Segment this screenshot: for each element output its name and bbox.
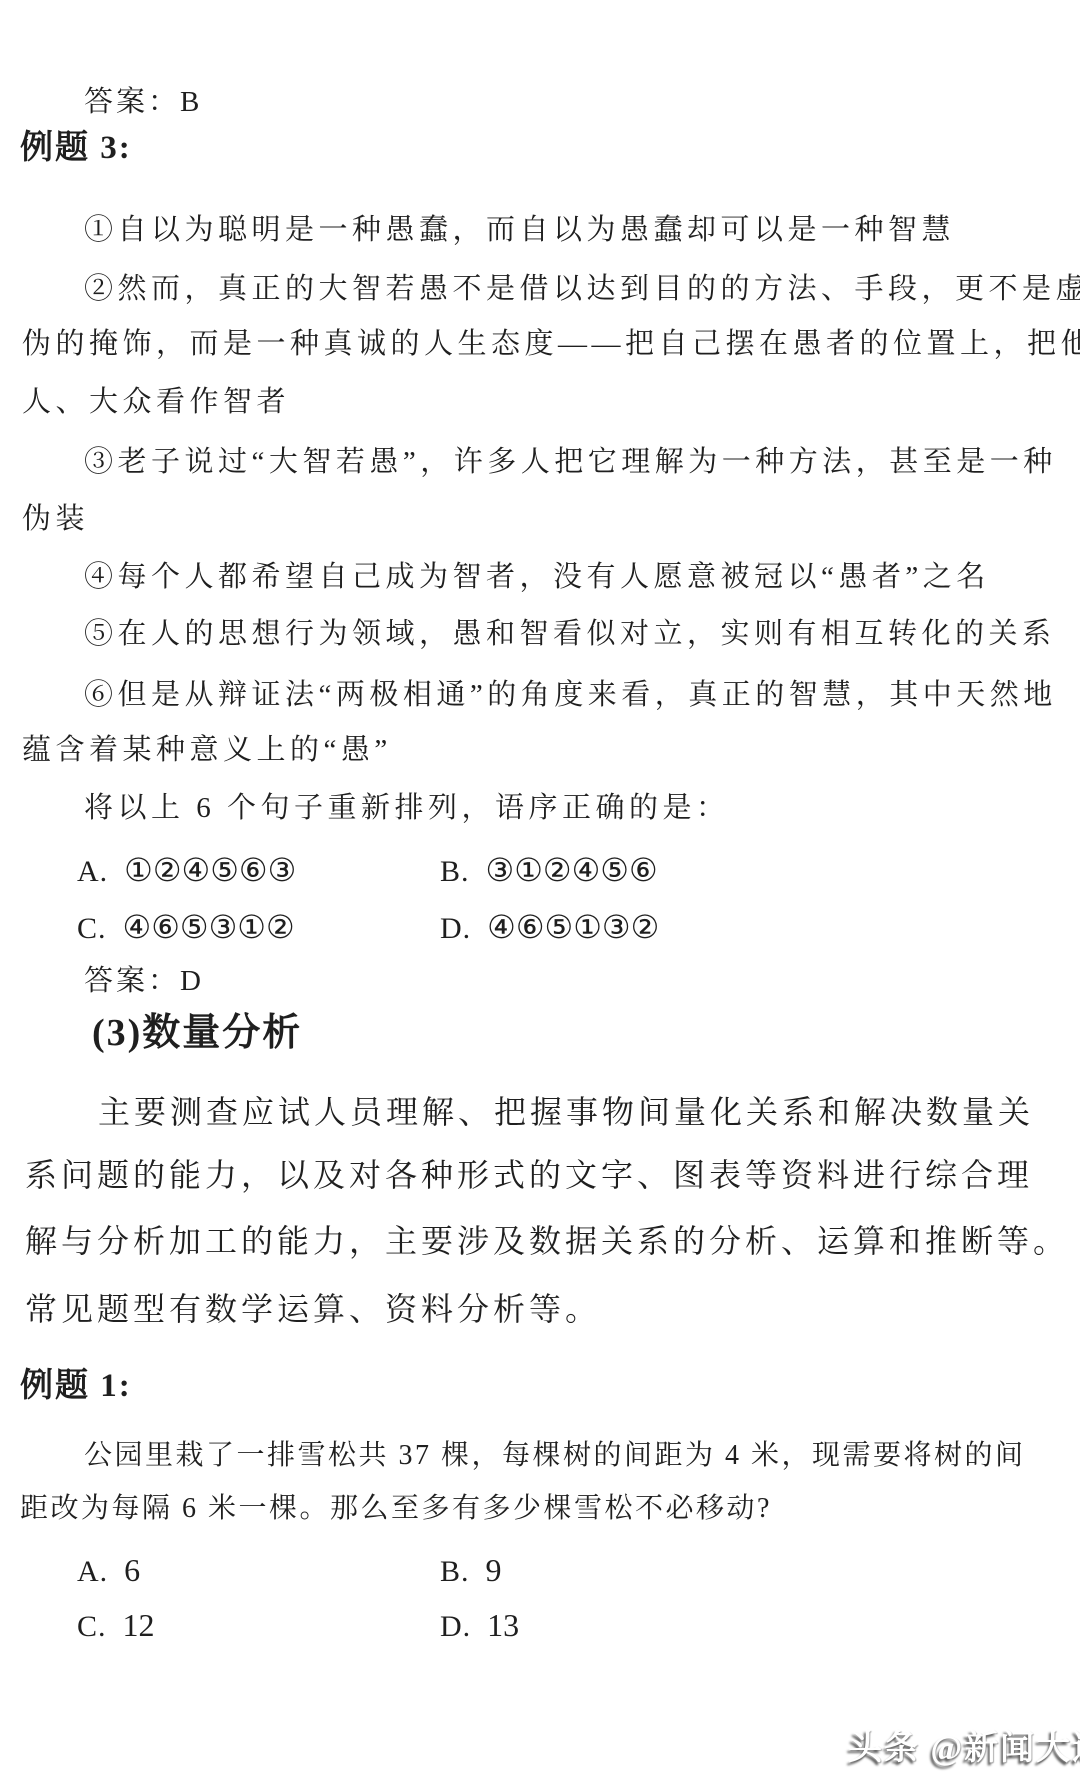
sentence-2-continued-2: 人、大众看作智者 <box>22 388 290 417</box>
option-b-label: B. <box>440 855 470 888</box>
example3-option-c: C.④⑥⑤③①② <box>77 911 295 944</box>
toutiao-watermark: 头条 @新闻大连 <box>848 1720 1080 1769</box>
sentence-4: ④每个人都希望自己成为智者，没有人愿意被冠以“愚者”之名 <box>84 563 990 592</box>
section3-heading: (3)数量分析 <box>92 1014 302 1052</box>
option-b-value: ③①②④⑤⑥ <box>486 852 658 888</box>
sentence-3: ③老子说过“大智若愚”，许多人把它理解为一种方法，甚至是一种 <box>84 448 1057 477</box>
example3-answer-line: 答案：D <box>84 967 204 996</box>
example3-prompt: 将以上 6 个句子重新排列，语序正确的是： <box>84 794 730 823</box>
section3-paragraph-line-1: 主要测查应试人员理解、把握事物间量化关系和解决数量关 <box>98 1096 1034 1128</box>
section3-paragraph-line-4: 常见题型有数学运算、资料分析等。 <box>25 1293 601 1325</box>
previous-answer-line: 答案：B <box>84 88 202 117</box>
document-page: 答案：B 例题 3: ①自以为聪明是一种愚蠢，而自以为愚蠢却可以是一种智慧 ②然… <box>0 0 1080 1783</box>
option-b-label: B. <box>440 1555 470 1588</box>
example1-question-line-2: 距改为每隔 6 米一棵。那么至多有多少棵雪松不必移动? <box>20 1495 772 1523</box>
option-a-label: A. <box>77 1555 108 1588</box>
option-d-label: D. <box>440 1610 471 1643</box>
sentence-2: ②然而，真正的大智若愚不是借以达到目的的方法、手段，更不是虚 <box>84 275 1080 304</box>
example1-option-b: B.9 <box>440 1554 502 1587</box>
example1-option-c: C.12 <box>77 1609 155 1642</box>
example1-option-d: D.13 <box>440 1609 519 1642</box>
option-a-value: ①②④⑤⑥③ <box>124 852 296 888</box>
option-c-value: ④⑥⑤③①② <box>123 909 295 945</box>
section3-paragraph-line-2: 系问题的能力，以及对各种形式的文字、图表等资料进行综合理 <box>25 1159 1033 1191</box>
sentence-5: ⑤在人的思想行为领域，愚和智看似对立，实则有相互转化的关系 <box>84 620 1056 649</box>
option-d-value: 13 <box>487 1607 519 1643</box>
option-b-value: 9 <box>486 1552 502 1588</box>
sentence-6-continued: 蕴含着某种意义上的“愚” <box>22 736 392 765</box>
option-c-label: C. <box>77 1610 107 1643</box>
option-c-value: 12 <box>123 1607 155 1643</box>
example1-heading: 例题 1: <box>20 1370 132 1403</box>
example3-option-d: D.④⑥⑤①③② <box>440 911 659 944</box>
option-d-value: ④⑥⑤①③② <box>487 909 659 945</box>
option-d-label: D. <box>440 912 471 945</box>
sentence-6: ⑥但是从辩证法“两极相通”的角度来看，真正的智慧，其中天然地 <box>84 681 1057 710</box>
sentence-1: ①自以为聪明是一种愚蠢，而自以为愚蠢却可以是一种智慧 <box>84 216 955 245</box>
example3-heading: 例题 3: <box>20 132 132 165</box>
option-a-value: 6 <box>124 1552 140 1588</box>
example3-option-a: A.①②④⑤⑥③ <box>77 854 296 887</box>
sentence-3-continued: 伪装 <box>22 505 89 534</box>
sentence-2-continued: 伪的掩饰，而是一种真诚的人生态度——把自己摆在愚者的位置上，把他 <box>22 330 1080 359</box>
section3-paragraph-line-3: 解与分析加工的能力，主要涉及数据关系的分析、运算和推断等。 <box>25 1225 1069 1257</box>
example1-question-line-1: 公园里栽了一排雪松共 37 棵，每棵树的间距为 4 米，现需要将树的间 <box>84 1442 1026 1470</box>
example1-option-a: A.6 <box>77 1554 140 1587</box>
example3-option-b: B.③①②④⑤⑥ <box>440 854 658 887</box>
option-a-label: A. <box>77 855 108 888</box>
option-c-label: C. <box>77 912 107 945</box>
